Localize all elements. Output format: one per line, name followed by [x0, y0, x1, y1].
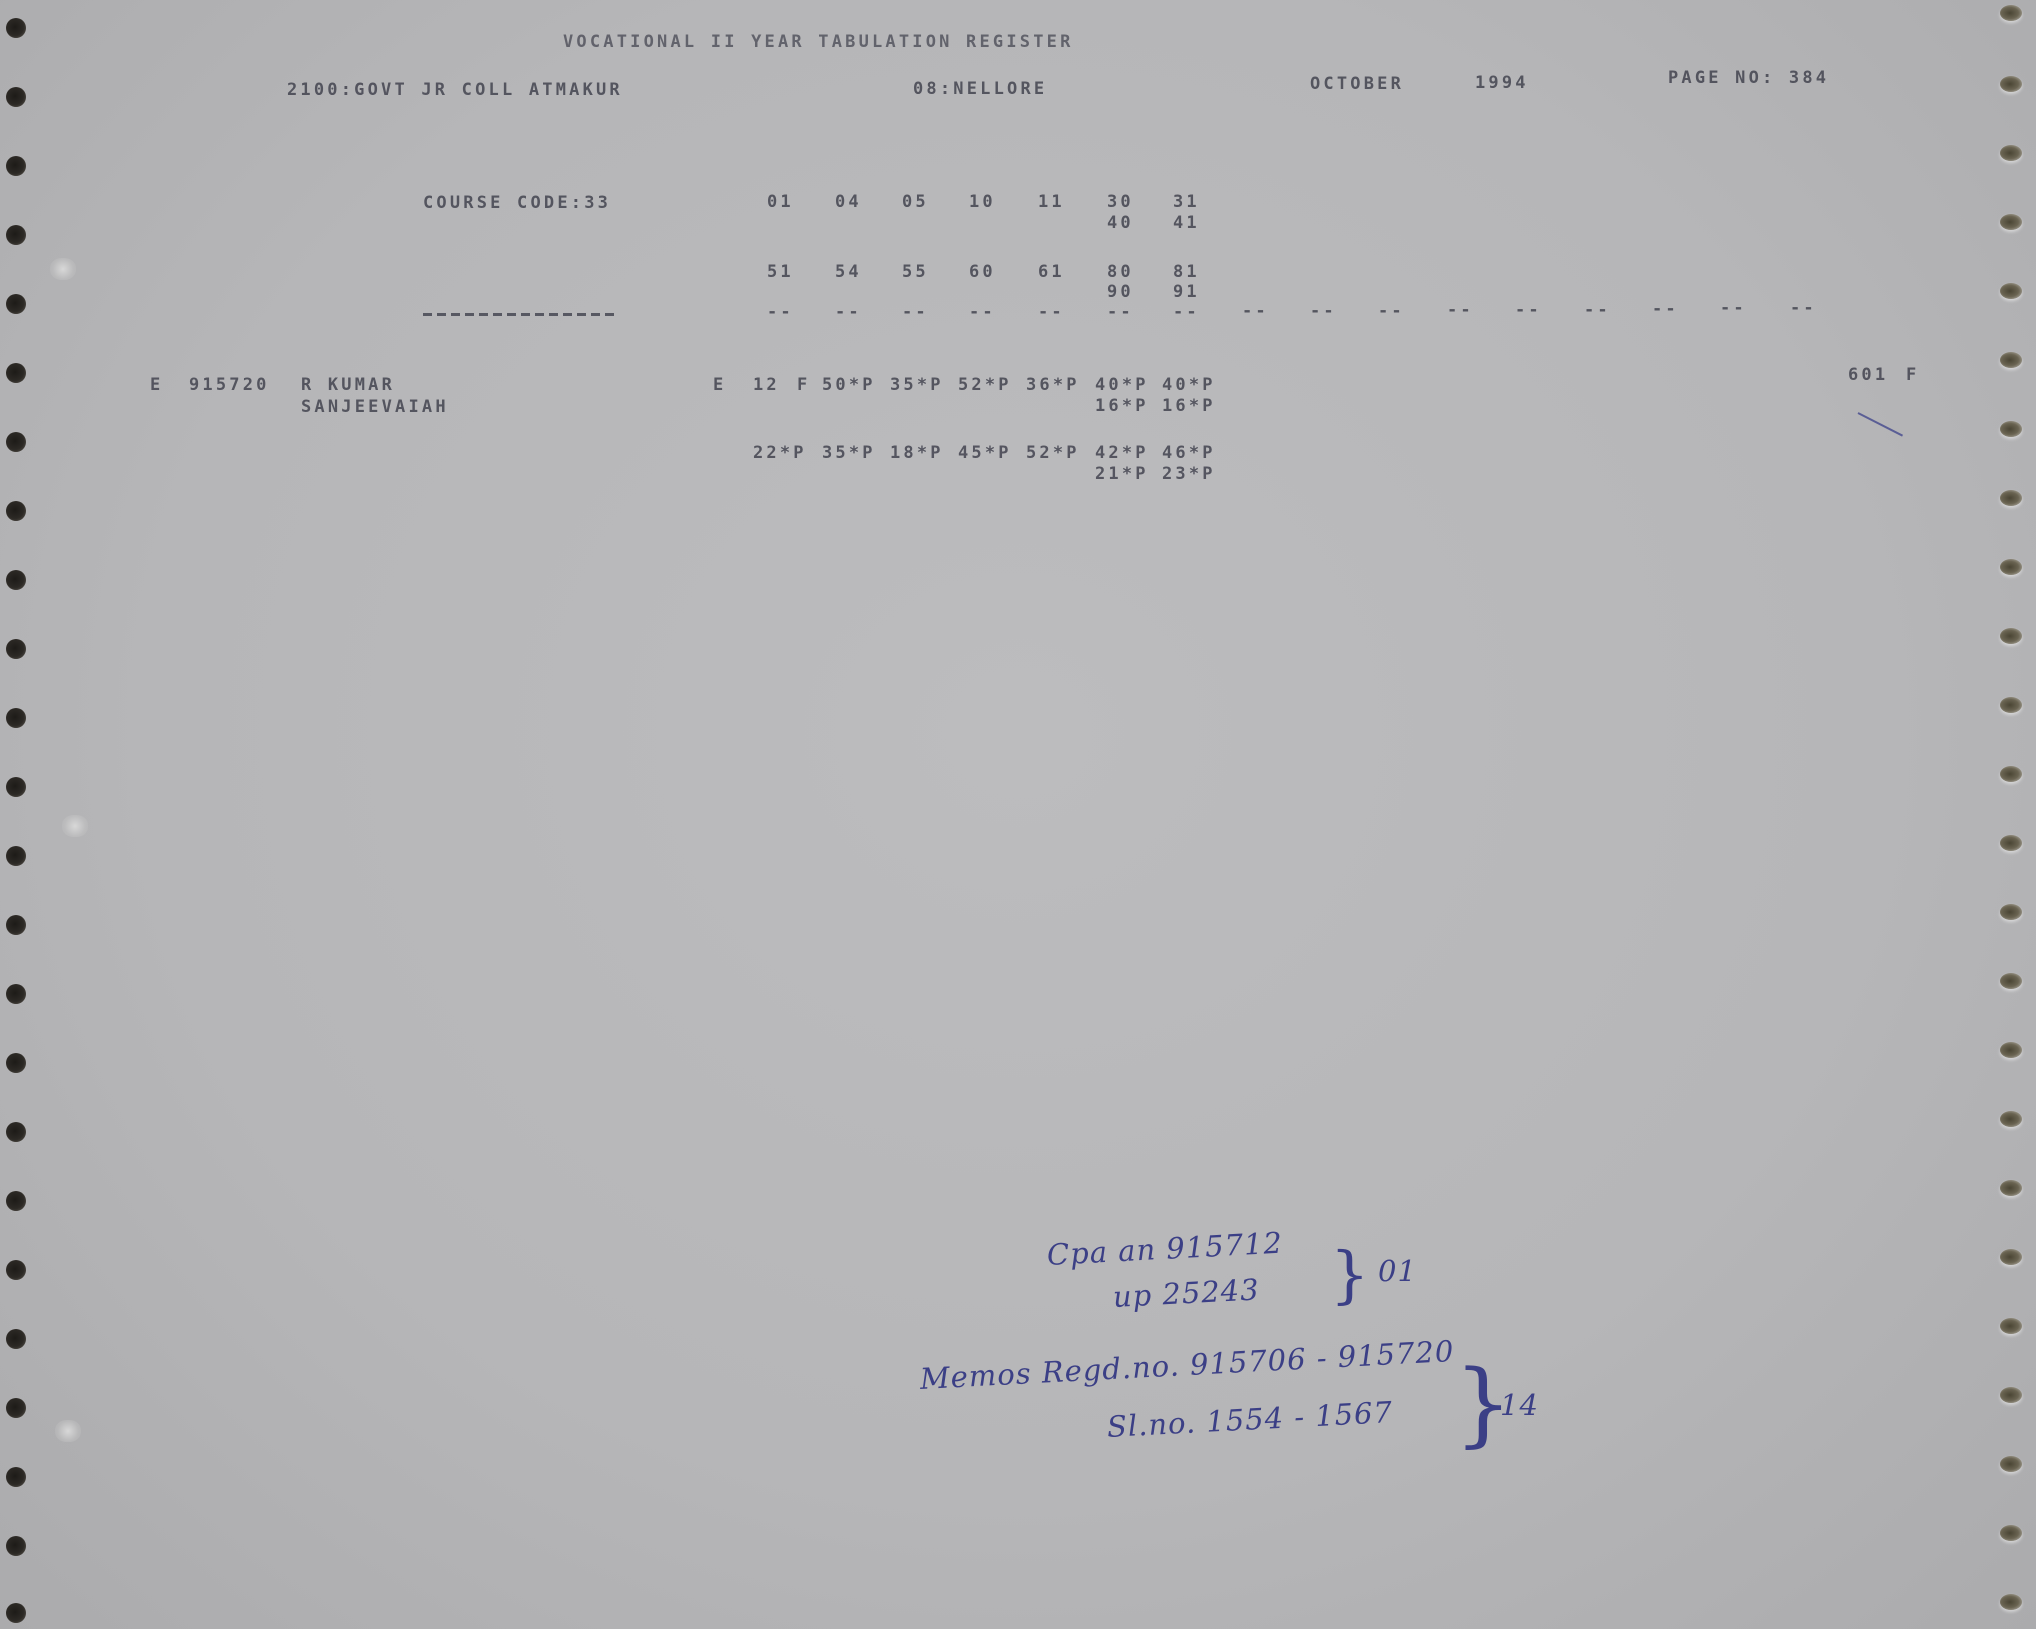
- feed-hole-icon: [2000, 1594, 2022, 1610]
- student-sub-code: 12: [753, 375, 780, 395]
- pen-tick-mark: [1858, 412, 1903, 436]
- mark-cell: 40*P: [1162, 375, 1216, 395]
- feed-hole-icon: [6, 846, 26, 866]
- feed-hole-icon: [2000, 5, 2022, 21]
- feed-hole-icon: [2000, 766, 2022, 782]
- report-title: VOCATIONAL II YEAR TABULATION REGISTER: [563, 32, 1074, 52]
- feed-hole-icon: [6, 777, 26, 797]
- mark-cell: 36*P: [1026, 375, 1080, 395]
- feed-hole-icon: [2000, 1042, 2022, 1058]
- separator-dash: --: [1378, 301, 1405, 321]
- separator-dash: --: [902, 302, 929, 322]
- feed-hole-icon: [2000, 697, 2022, 713]
- subject-code: 31: [1173, 192, 1200, 212]
- subject-code-sub: 41: [1173, 213, 1200, 233]
- mark-cell: 46*P: [1162, 443, 1216, 463]
- separator-dash: --: [1107, 302, 1134, 322]
- feed-hole-icon: [2000, 1180, 2022, 1196]
- subject-code: 51: [767, 262, 794, 282]
- course-code-label: COURSE CODE:33: [423, 193, 611, 213]
- subject-code: 30: [1107, 192, 1134, 212]
- separator-long-dash: [423, 313, 616, 316]
- feed-hole-icon: [2000, 145, 2022, 161]
- handwritten-count: 14: [1500, 1388, 1539, 1422]
- feed-hole-icon: [6, 87, 26, 107]
- student-medium: E: [150, 375, 163, 395]
- feed-hole-icon: [6, 1329, 26, 1349]
- student-reg-no: 915720: [189, 375, 270, 395]
- separator-dash: --: [1584, 300, 1611, 320]
- feed-hole-icon: [6, 363, 26, 383]
- mark-cell: 22*P: [753, 443, 807, 463]
- feed-hole-icon: [2000, 559, 2022, 575]
- feed-hole-icon: [2000, 490, 2022, 506]
- subject-code: 61: [1038, 262, 1065, 282]
- separator-dash: --: [1447, 300, 1474, 320]
- paper-blemish: [62, 815, 88, 837]
- feed-hole-icon: [2000, 76, 2022, 92]
- handwritten-line: Sl.no. 1554 - 1567: [1106, 1395, 1394, 1444]
- mark-cell-sub: 21*P: [1095, 464, 1149, 484]
- feed-hole-icon: [6, 1053, 26, 1073]
- separator-dash: --: [1515, 300, 1542, 320]
- mark-cell: 35*P: [890, 375, 944, 395]
- feed-hole-icon: [6, 18, 26, 38]
- mark-cell: 42*P: [1095, 443, 1149, 463]
- feed-hole-icon: [6, 639, 26, 659]
- feed-hole-icon: [6, 1536, 26, 1556]
- feed-hole-icon: [6, 1467, 26, 1487]
- feed-hole-icon: [2000, 214, 2022, 230]
- feed-hole-icon: [6, 156, 26, 176]
- handwritten-count: 01: [1378, 1254, 1417, 1288]
- paper-blemish: [55, 1420, 81, 1442]
- page-number: PAGE NO: 384: [1668, 68, 1829, 88]
- feed-hole-icon: [6, 1260, 26, 1280]
- feed-hole-icon: [2000, 628, 2022, 644]
- subject-code: 04: [835, 192, 862, 212]
- mark-cell: 18*P: [890, 443, 944, 463]
- feed-hole-icon: [2000, 835, 2022, 851]
- feed-hole-icon: [6, 432, 26, 452]
- separator-dash: --: [1310, 301, 1337, 321]
- feed-hole-icon: [2000, 973, 2022, 989]
- district-name: 08:NELLORE: [913, 79, 1047, 99]
- separator-dash: --: [1720, 298, 1747, 318]
- separator-dash: --: [1652, 299, 1679, 319]
- subject-code-sub: 40: [1107, 213, 1134, 233]
- subject-code: 11: [1038, 192, 1065, 212]
- mark-cell-sub: 16*P: [1095, 396, 1149, 416]
- feed-hole-icon: [6, 1122, 26, 1142]
- subject-code: 05: [902, 192, 929, 212]
- mark-cell: 35*P: [822, 443, 876, 463]
- separator-dash: --: [1790, 298, 1817, 318]
- student-result: F: [1906, 365, 1919, 385]
- handwritten-line: up 25243: [1112, 1272, 1260, 1314]
- curly-brace-icon: }: [1330, 1238, 1369, 1311]
- subject-code: 10: [969, 192, 996, 212]
- mark-cell: 50*P: [822, 375, 876, 395]
- subject-code-sub: 91: [1173, 282, 1200, 302]
- feed-hole-icon: [6, 1603, 26, 1623]
- feed-hole-icon: [2000, 421, 2022, 437]
- separator-dash: --: [1242, 301, 1269, 321]
- mark-cell-sub: 16*P: [1162, 396, 1216, 416]
- separator-dash: --: [1038, 302, 1065, 322]
- separator-dash: --: [767, 302, 794, 322]
- feed-hole-icon: [2000, 1387, 2022, 1403]
- separator-dash: --: [835, 302, 862, 322]
- subject-code: 55: [902, 262, 929, 282]
- feed-hole-icon: [6, 708, 26, 728]
- mark-cell: 52*P: [1026, 443, 1080, 463]
- mark-cell-sub: 23*P: [1162, 464, 1216, 484]
- student-category: E: [713, 375, 726, 395]
- feed-hole-icon: [6, 1191, 26, 1211]
- student-total: 601: [1848, 365, 1888, 385]
- handwritten-line: Memos Regd.no. 915706 - 915720: [919, 1334, 1455, 1396]
- tabulation-register-page: VOCATIONAL II YEAR TABULATION REGISTER 2…: [0, 0, 2036, 1629]
- mark-cell: 52*P: [958, 375, 1012, 395]
- subject-code: 60: [969, 262, 996, 282]
- student-sub-flag: F: [797, 375, 810, 395]
- feed-hole-icon: [2000, 283, 2022, 299]
- college-name: 2100:GOVT JR COLL ATMAKUR: [287, 80, 623, 100]
- subject-code: 81: [1173, 262, 1200, 282]
- separator-dash: --: [1173, 302, 1200, 322]
- feed-hole-icon: [2000, 1456, 2022, 1472]
- exam-month: OCTOBER: [1310, 74, 1404, 94]
- student-father-name: SANJEEVAIAH: [301, 397, 449, 417]
- mark-cell: 40*P: [1095, 375, 1149, 395]
- feed-hole-icon: [6, 984, 26, 1004]
- feed-hole-icon: [6, 294, 26, 314]
- subject-code: 80: [1107, 262, 1134, 282]
- handwritten-line: Cpa an 915712: [1046, 1226, 1284, 1272]
- subject-code-sub: 90: [1107, 282, 1134, 302]
- subject-code: 01: [767, 192, 794, 212]
- feed-hole-icon: [6, 501, 26, 521]
- separator-dash: --: [969, 302, 996, 322]
- feed-hole-icon: [2000, 352, 2022, 368]
- feed-hole-icon: [2000, 1249, 2022, 1265]
- paper-blemish: [50, 258, 76, 280]
- feed-hole-icon: [2000, 1525, 2022, 1541]
- feed-hole-icon: [6, 225, 26, 245]
- student-name: R KUMAR: [301, 375, 395, 395]
- feed-hole-icon: [6, 1398, 26, 1418]
- subject-code: 54: [835, 262, 862, 282]
- feed-hole-icon: [6, 915, 26, 935]
- feed-hole-icon: [2000, 1318, 2022, 1334]
- mark-cell: 45*P: [958, 443, 1012, 463]
- exam-year: 1994: [1475, 73, 1529, 93]
- feed-hole-icon: [2000, 1111, 2022, 1127]
- feed-hole-icon: [2000, 904, 2022, 920]
- feed-hole-icon: [6, 570, 26, 590]
